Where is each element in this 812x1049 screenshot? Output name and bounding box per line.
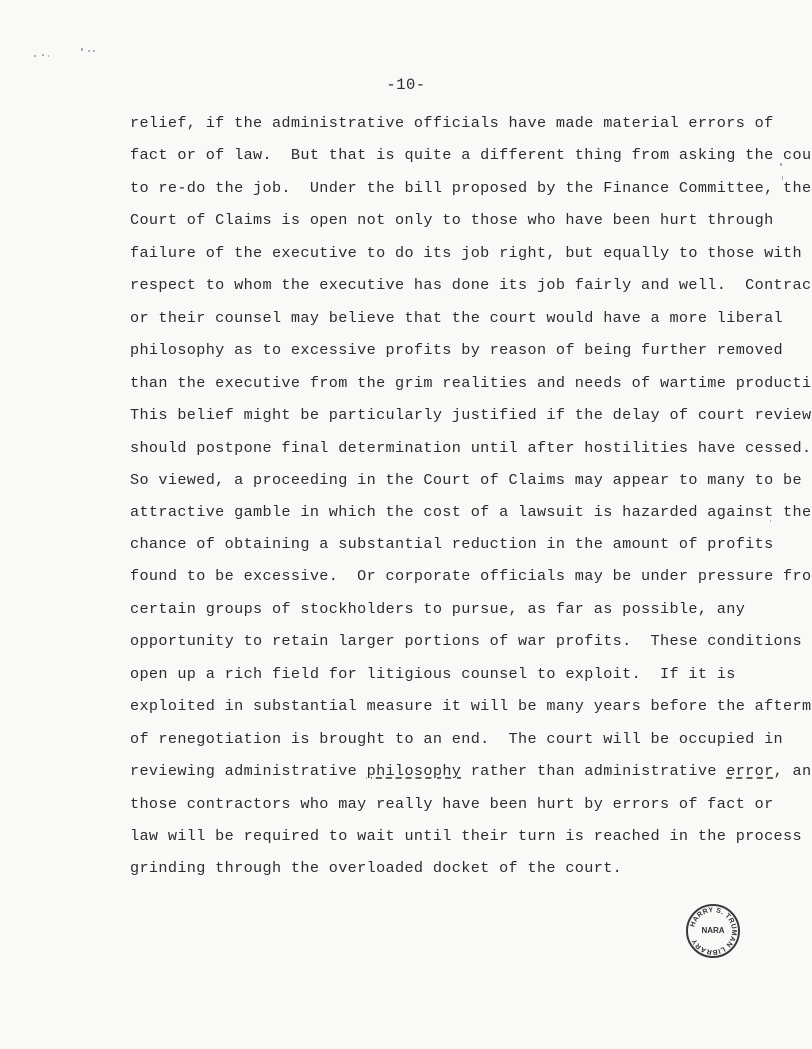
text-line: reviewing administrative philosophy rath…: [130, 761, 812, 781]
text-line: failure of the executive to do its job r…: [130, 243, 802, 263]
truman-library-stamp: HARRY S. TRUMAN LIBRARY NARA: [686, 904, 740, 958]
text-line: fact or of law. But that is quite a diff…: [130, 145, 812, 165]
text-segment: or their counsel may believe that the co…: [130, 309, 783, 327]
text-segment: certain groups of stockholders to pursue…: [130, 600, 745, 618]
scan-speck: [93, 50, 95, 52]
text-line: to re-do the job. Under the bill propose…: [130, 178, 811, 198]
text-segment: relief, if the administrative officials …: [130, 114, 774, 132]
text-segment: Court of Claims is open not only to thos…: [130, 211, 774, 229]
text-line: Court of Claims is open not only to thos…: [130, 210, 774, 230]
text-segment: opportunity to retain larger portions of…: [130, 632, 802, 650]
text-line: grinding through the overloaded docket o…: [130, 858, 622, 878]
text-line: certain groups of stockholders to pursue…: [130, 599, 745, 619]
text-line: should postpone final determination unti…: [130, 438, 811, 458]
text-line: attractive gamble in which the cost of a…: [130, 502, 811, 522]
text-segment: exploited in substantial measure it will…: [130, 697, 812, 715]
text-segment: So viewed, a proceeding in the Court of …: [130, 471, 812, 489]
text-segment: grinding through the overloaded docket o…: [130, 859, 622, 877]
page-number: -10-: [0, 76, 812, 94]
text-segment: found to be excessive. Or corporate offi…: [130, 567, 812, 585]
scan-speck: [782, 176, 783, 180]
text-line: those contractors who may really have be…: [130, 794, 774, 814]
text-line: So viewed, a proceeding in the Court of …: [130, 470, 812, 490]
text-segment: of renegotiation is brought to an end. T…: [130, 730, 783, 748]
scan-speck: [42, 54, 44, 56]
scan-speck: [780, 163, 782, 166]
text-line: or their counsel may believe that the co…: [130, 308, 783, 328]
scan-speck: [81, 48, 83, 51]
text-line: opportunity to retain larger portions of…: [130, 631, 802, 651]
text-segment: chance of obtaining a substantial reduct…: [130, 535, 774, 553]
text-line: law will be required to wait until their…: [130, 826, 812, 846]
text-segment: should postpone final determination unti…: [130, 439, 811, 457]
text-segment: failure of the executive to do its job r…: [130, 244, 802, 262]
text-segment: attractive gamble in which the cost of a…: [130, 503, 811, 521]
underlined-word: philosophy: [367, 762, 462, 780]
text-line: chance of obtaining a substantial reduct…: [130, 534, 774, 554]
text-segment: law will be required to wait until their…: [130, 827, 812, 845]
text-line: philosophy as to excessive profits by re…: [130, 340, 783, 360]
underlined-word: error: [726, 762, 773, 780]
text-segment: , and: [774, 762, 812, 780]
text-line: relief, if the administrative officials …: [130, 113, 774, 133]
stamp-center-text: NARA: [688, 926, 738, 935]
text-segment: to re-do the job. Under the bill propose…: [130, 179, 811, 197]
text-segment: open up a rich field for litigious couns…: [130, 665, 736, 683]
scan-speck: [34, 55, 36, 57]
document-page: -10- relief, if the administrative offic…: [0, 0, 812, 1049]
text-line: open up a rich field for litigious couns…: [130, 664, 736, 684]
text-line: than the executive from the grim realiti…: [130, 373, 812, 393]
text-segment: rather than administrative: [461, 762, 726, 780]
text-segment: respect to whom the executive has done i…: [130, 276, 812, 294]
text-line: found to be excessive. Or corporate offi…: [130, 566, 812, 586]
scan-speck: [770, 520, 771, 522]
text-line: exploited in substantial measure it will…: [130, 696, 812, 716]
text-segment: philosophy as to excessive profits by re…: [130, 341, 783, 359]
text-line: of renegotiation is brought to an end. T…: [130, 729, 783, 749]
text-segment: This belief might be particularly justif…: [130, 406, 811, 424]
text-segment: fact or of law. But that is quite a diff…: [130, 146, 812, 164]
text-segment: than the executive from the grim realiti…: [130, 374, 812, 392]
scan-speck: [88, 50, 90, 52]
text-segment: reviewing administrative: [130, 762, 367, 780]
text-line: This belief might be particularly justif…: [130, 405, 811, 425]
text-segment: those contractors who may really have be…: [130, 795, 774, 813]
text-line: respect to whom the executive has done i…: [130, 275, 812, 295]
scan-speck: [48, 55, 49, 57]
